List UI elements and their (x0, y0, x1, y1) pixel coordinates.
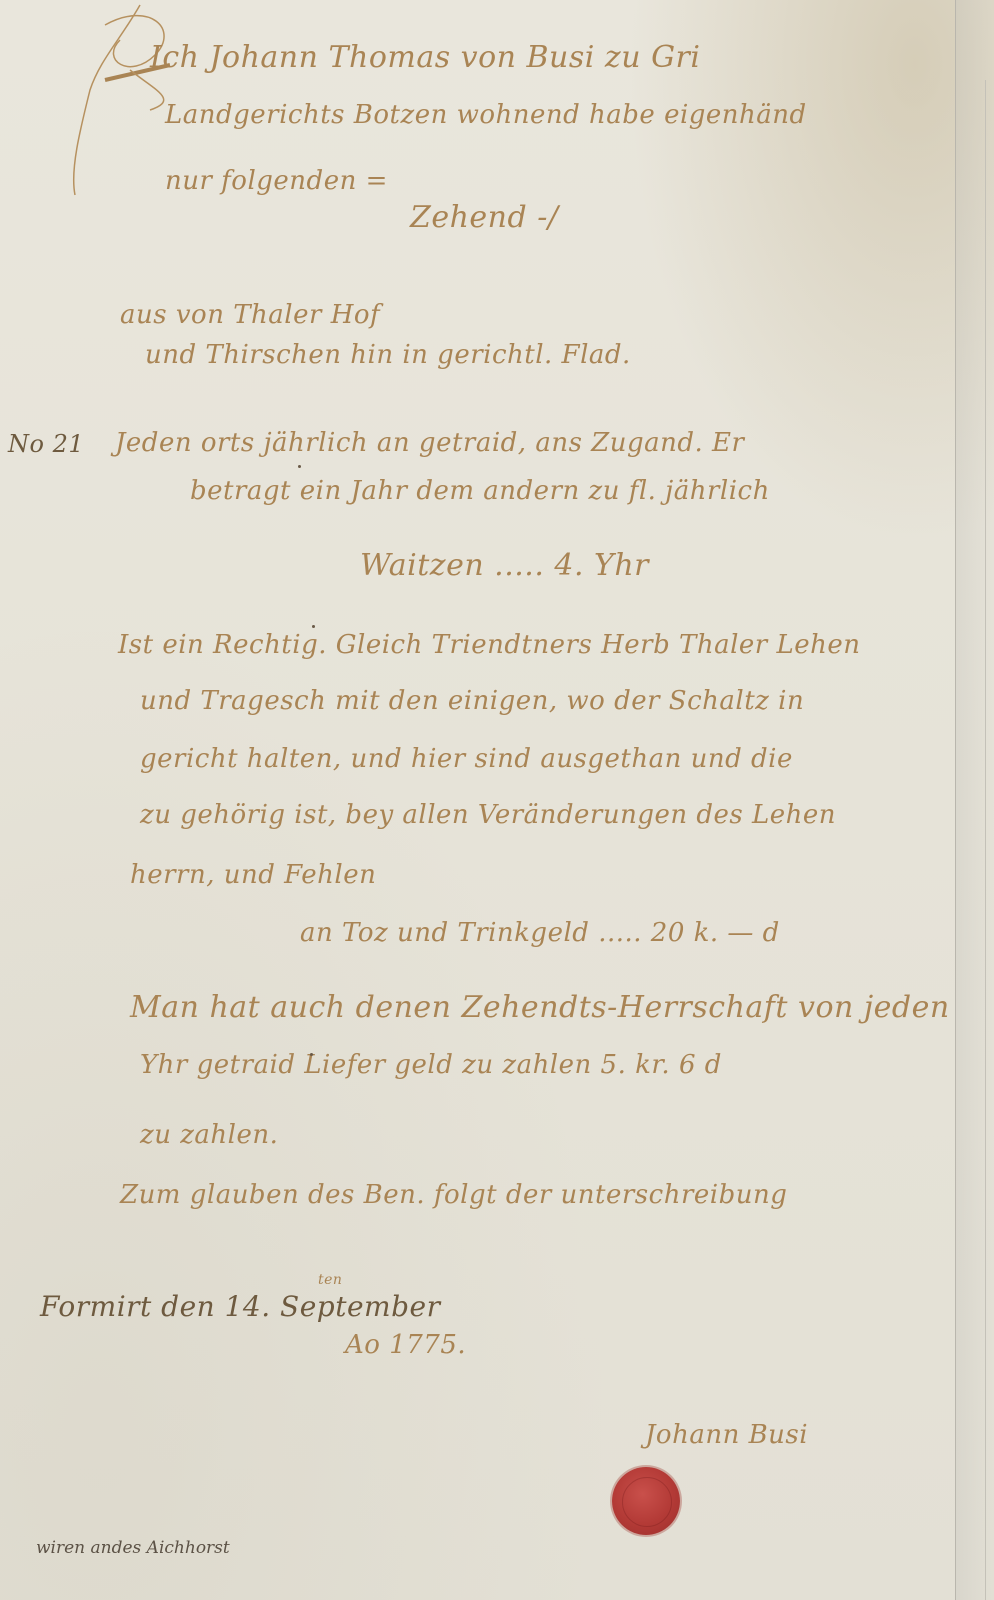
ink-spot (310, 1053, 313, 1056)
text-line-16: Man hat auch denen Zehendts-Herrschaft v… (130, 990, 950, 1025)
text-line-2: Landgerichts Botzen wohnend habe eigenhä… (165, 100, 807, 130)
seal-imprint (622, 1477, 672, 1527)
text-line-3: nur folgenden = (165, 166, 388, 196)
text-line-12: gericht halten, und hier sind ausgethan … (140, 744, 793, 774)
signature: Johann Busi (645, 1420, 808, 1450)
text-line-trinkgeld: an Toz und Trinkgeld ..... 20 k. — d (300, 918, 780, 948)
paper-fold-edge (955, 0, 994, 1600)
year-line: Ao 1775. (345, 1330, 466, 1360)
text-line-10: Ist ein Rechtig. Gleich Triendtners Herb… (118, 630, 861, 660)
text-line-8: betragt ein Jahr dem andern zu fl. jährl… (190, 476, 770, 506)
manuscript-page: Ich Johann Thomas von Busi zu Gri Landge… (0, 0, 994, 1600)
paper-crease-line (985, 80, 986, 1600)
text-line-waitzen: Waitzen ..... 4. Yhr (360, 548, 649, 583)
date-line: Formirt den 14. September (40, 1290, 440, 1323)
text-line-13: zu gehörig ist, bey allen Veränderungen … (140, 800, 836, 830)
text-line-7: Jeden orts jährlich an getraid, ans Zuga… (115, 428, 744, 458)
heading-zehend: Zehend -/ (410, 200, 558, 235)
text-line-11: und Tragesch mit den einigen, wo der Sch… (140, 686, 804, 716)
text-line-5: aus von Thaler Hof (120, 300, 380, 330)
text-line-19: Zum glauben des Ben. folgt der unterschr… (120, 1180, 787, 1210)
text-line-1: Ich Johann Thomas von Busi zu Gri (150, 40, 700, 75)
text-line-17: Yhr getraid Liefer geld zu zahlen 5. kr.… (140, 1050, 722, 1080)
ink-spot (298, 465, 301, 468)
ink-spot (312, 625, 315, 628)
text-line-6: und Thirschen hin in gerichtl. Flad. (145, 340, 631, 370)
date-superscript: ten (318, 1272, 342, 1288)
wax-seal-icon (612, 1467, 680, 1535)
text-line-14: herrn, und Fehlen (130, 860, 376, 890)
footer-note: wiren andes Aichhorst (36, 1538, 230, 1558)
margin-number: No 21 (8, 430, 84, 458)
text-line-18: zu zahlen. (140, 1120, 278, 1150)
